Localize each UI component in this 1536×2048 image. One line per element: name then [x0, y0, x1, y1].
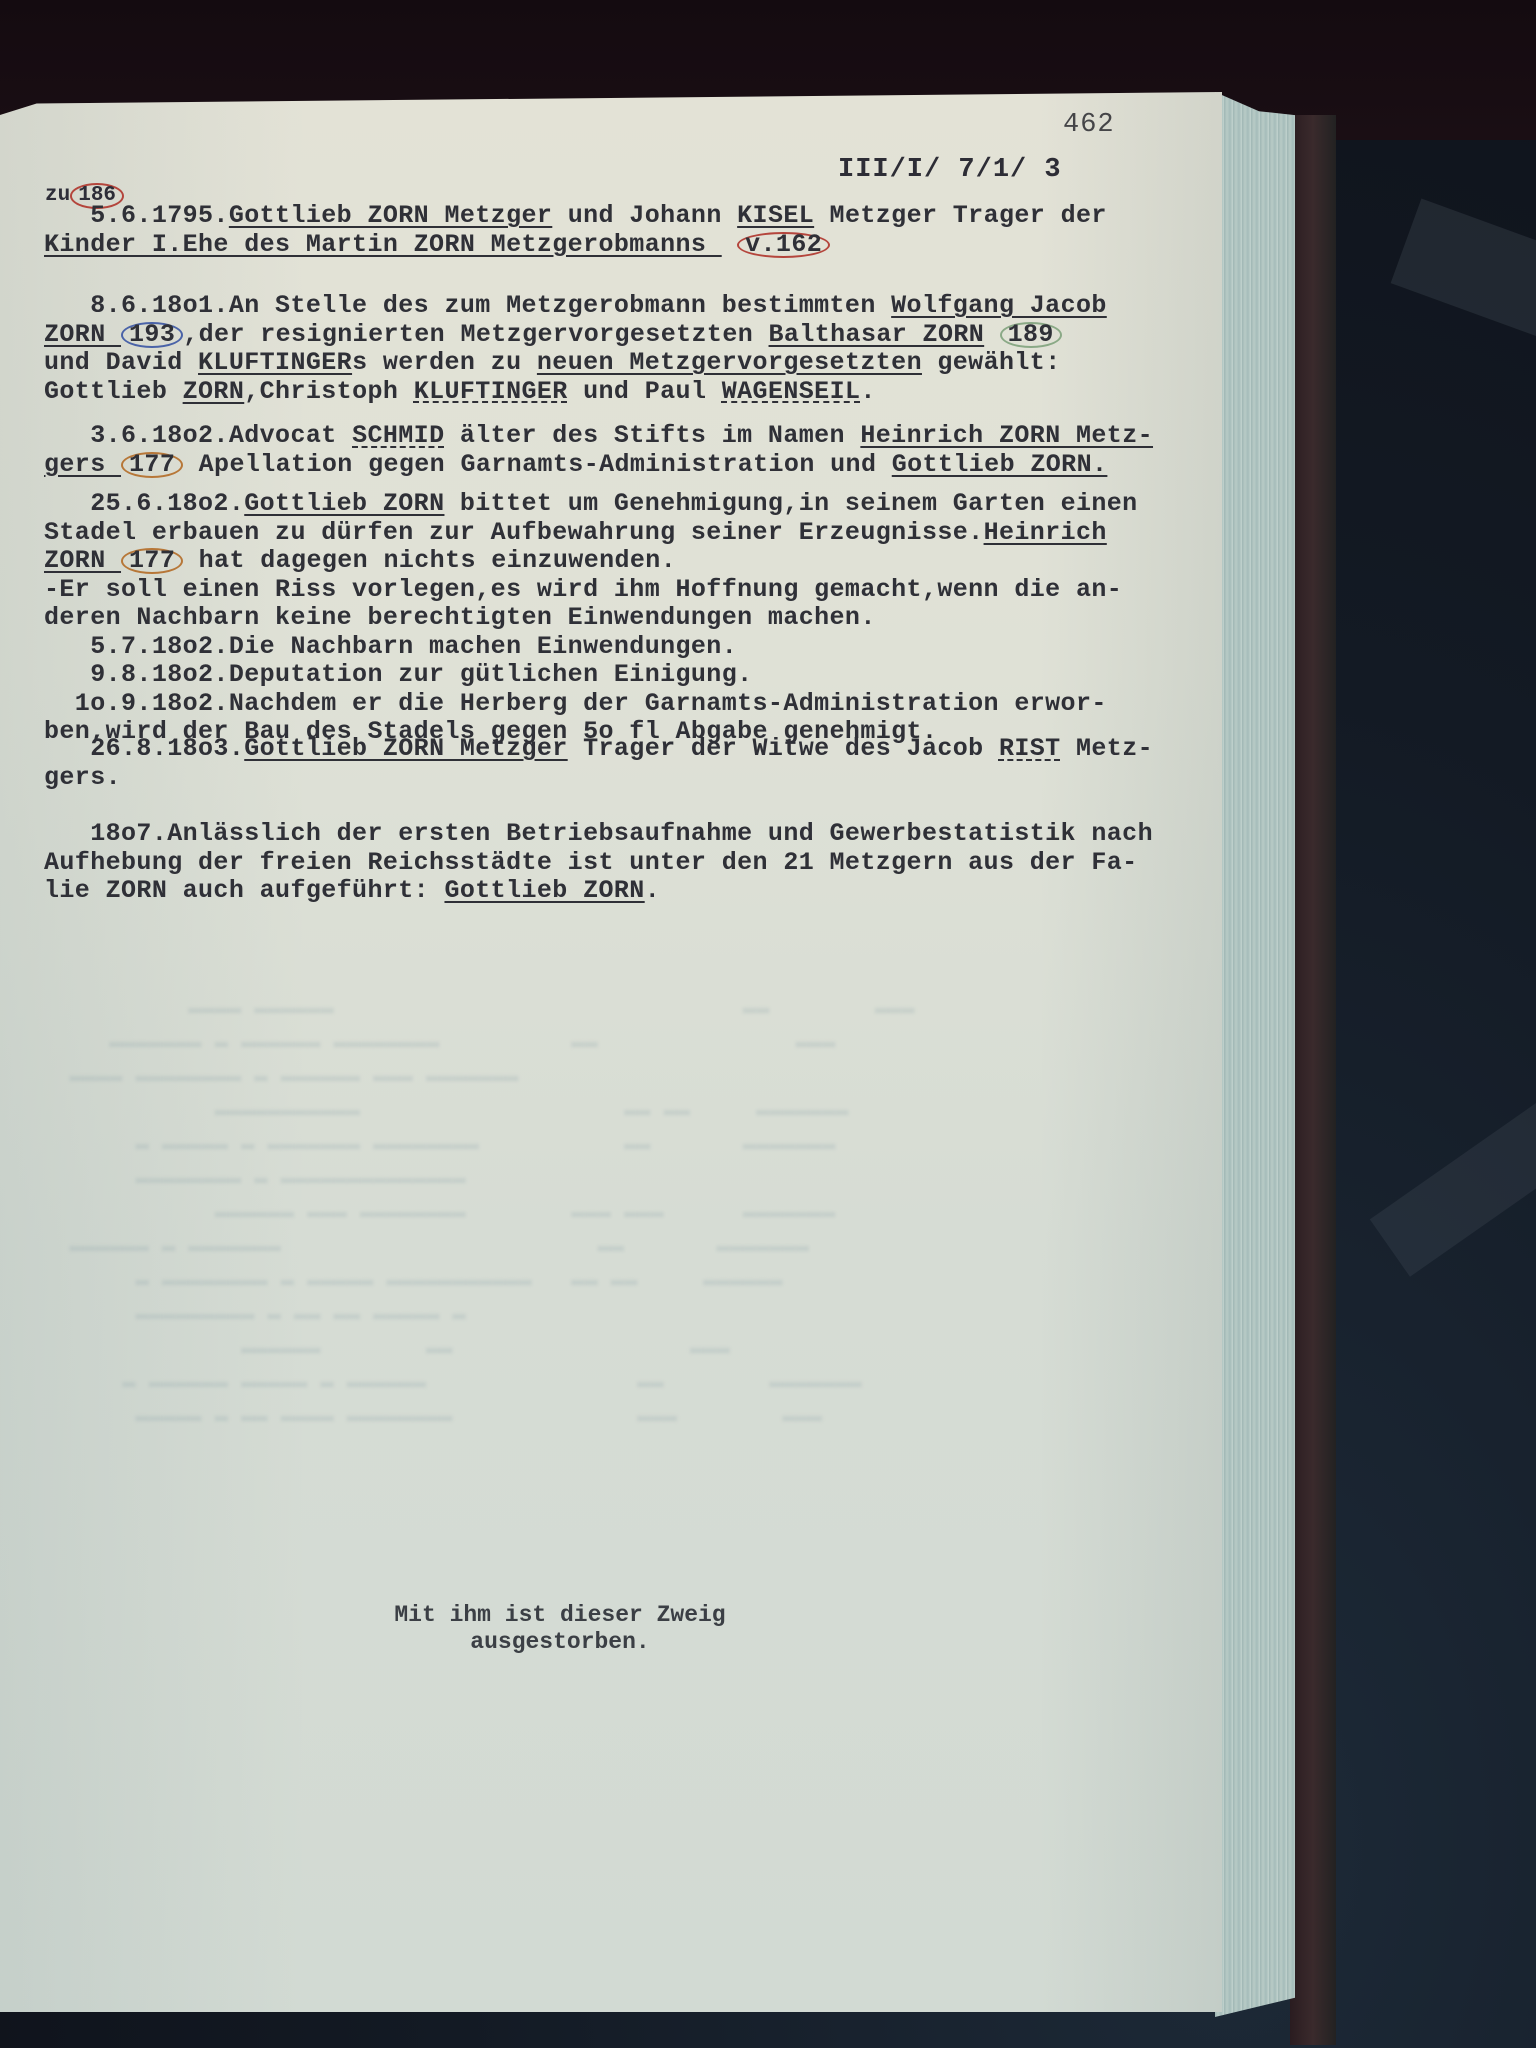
- underlined-name: Gottlieb ZORN: [244, 489, 444, 518]
- document-entry: 18o7.Anlässlich der ersten Betriebsaufna…: [44, 820, 1153, 906]
- text-line: deren Nachbarn keine berechtigten Einwen…: [44, 604, 1138, 633]
- text-segment: und Paul: [568, 377, 722, 406]
- underlined-name: ZORN: [44, 546, 121, 575]
- text-segment: gers.: [44, 763, 121, 792]
- document-entry: 8.6.18o1.An Stelle des zum Metzgerobmann…: [44, 292, 1107, 406]
- underlined-name: gers: [44, 450, 121, 479]
- circled-reference: 189: [1000, 322, 1062, 348]
- text-line: Aufhebung der freien Reichsstädte ist un…: [44, 849, 1153, 878]
- archive-signature: III/I/ 7/1/ 3: [838, 155, 1062, 185]
- text-segment: 25.6.18o2.: [44, 489, 244, 518]
- text-line: gers.: [44, 764, 1153, 793]
- text-segment: .: [645, 876, 660, 905]
- text-segment: -Er soll einen Riss vorlegen,es wird ihm…: [44, 575, 1122, 604]
- text-segment: 18o7.Anlässlich der ersten Betriebsaufna…: [44, 819, 1153, 848]
- underlined-name: Wolfgang Jacob: [891, 291, 1107, 320]
- document-entry: 5.6.1795.Gottlieb ZORN Metzger und Johan…: [44, 202, 1107, 259]
- underlined-name: ZORN: [44, 320, 121, 349]
- text-segment: deren Nachbarn keine berechtigten Einwen…: [44, 603, 876, 632]
- light-reflection: [1370, 1093, 1536, 1277]
- dash-underlined-name: SCHMID: [352, 421, 444, 450]
- light-reflection: [1391, 199, 1536, 352]
- text-segment: Gottlieb: [44, 377, 183, 406]
- underlined-name: KISEL: [737, 201, 814, 230]
- document-entry: 26.8.18o3.Gottlieb ZORN Metzger Trager d…: [44, 735, 1153, 792]
- text-segment: Trager der Witwe des Jacob: [568, 734, 999, 763]
- text-line: 3.6.18o2.Advocat SCHMID älter des Stifts…: [44, 422, 1153, 451]
- dash-underlined-name: RIST: [999, 734, 1061, 763]
- text-line: gers 177 Apellation gegen Garnamts-Admin…: [44, 451, 1153, 480]
- text-segment: gewählt:: [922, 348, 1061, 377]
- closing-remark: Mit ihm ist dieser Zweig ausgestorben.: [360, 1602, 760, 1656]
- underlined-name: Gottlieb ZORN Metzger: [229, 201, 552, 230]
- closing-line-2: ausgestorben.: [360, 1629, 760, 1656]
- circled-reference: 177: [121, 548, 183, 574]
- text-line: ZORN 193,der resignierten Metzgervorgese…: [44, 321, 1107, 350]
- underlined-name: Gottlieb ZORN: [444, 876, 644, 905]
- text-segment: 1o.9.18o2.Nachdem er die Herberg der Gar…: [44, 689, 1107, 718]
- text-segment: 26.8.18o3.: [44, 734, 244, 763]
- text-segment: ,Christoph: [244, 377, 413, 406]
- page-number: 462: [1063, 110, 1115, 140]
- text-segment: ,der resignierten Metzgervorgesetzten: [183, 320, 768, 349]
- underlined-name: Heinrich: [984, 518, 1107, 547]
- text-segment: .: [860, 377, 875, 406]
- text-line: 8.6.18o1.An Stelle des zum Metzgerobmann…: [44, 292, 1107, 321]
- text-segment: 9.8.18o2.Deputation zur gütlichen Einigu…: [44, 660, 753, 689]
- text-segment: 5.6.1795.: [44, 201, 229, 230]
- bleed-through-text: ▬▬▬▬ ▬▬▬▬▬▬ ▬▬ ▬▬▬ ▬▬▬▬▬▬▬ ▬ ▬▬▬▬▬▬ ▬▬▬▬…: [30, 992, 1190, 1412]
- text-line: 25.6.18o2.Gottlieb ZORN bittet um Genehm…: [44, 490, 1138, 519]
- underlined-name: Gottlieb ZORN Metzger: [244, 734, 567, 763]
- text-line: Stadel erbauen zu dürfen zur Aufbewahrun…: [44, 519, 1138, 548]
- circled-reference: 177: [121, 452, 183, 478]
- circled-reference: 193: [121, 322, 183, 348]
- text-segment: und Johann: [552, 201, 737, 230]
- text-segment: Stadel erbauen zu dürfen zur Aufbewahrun…: [44, 518, 984, 547]
- text-line: 5.7.18o2.Die Nachbarn machen Einwendunge…: [44, 633, 1138, 662]
- text-line: 9.8.18o2.Deputation zur gütlichen Einigu…: [44, 661, 1138, 690]
- text-line: Gottlieb ZORN,Christoph KLUFTINGER und P…: [44, 378, 1107, 407]
- text-segment: 5.7.18o2.Die Nachbarn machen Einwendunge…: [44, 632, 737, 661]
- text-line: ZORN 177 hat dagegen nichts einzuwenden.: [44, 547, 1138, 576]
- text-segment: [984, 320, 999, 349]
- text-segment: [722, 230, 737, 259]
- underlined-name: Gottlieb ZORN.: [892, 450, 1108, 479]
- text-line: 5.6.1795.Gottlieb ZORN Metzger und Johan…: [44, 202, 1107, 231]
- dash-underlined-name: KLUFTINGER: [414, 377, 568, 406]
- text-segment: bittet um Genehmigung,in seinem Garten e…: [444, 489, 1137, 518]
- text-line: und David KLUFTINGERs werden zu neuen Me…: [44, 349, 1107, 378]
- document-entry: 25.6.18o2.Gottlieb ZORN bittet um Genehm…: [44, 490, 1138, 747]
- underlined-name: Kinder I.Ehe des Martin ZORN Metzgerobma…: [44, 230, 722, 259]
- underlined-name: neuen Metzgervorgesetzten: [537, 348, 922, 377]
- underlined-name: Balthasar ZORN: [769, 320, 985, 349]
- underlined-name: KLUFTINGER: [198, 348, 352, 377]
- text-segment: und David: [44, 348, 198, 377]
- text-segment: s werden zu: [352, 348, 537, 377]
- document-entry: 3.6.18o2.Advocat SCHMID älter des Stifts…: [44, 422, 1153, 479]
- book-cover-edge: [1290, 115, 1336, 2045]
- text-segment: Metzger Trager der: [814, 201, 1107, 230]
- text-segment: Aufhebung der freien Reichsstädte ist un…: [44, 848, 1138, 877]
- underlined-name: Heinrich ZORN Metz-: [860, 421, 1153, 450]
- closing-line-1: Mit ihm ist dieser Zweig: [360, 1602, 760, 1629]
- text-line: -Er soll einen Riss vorlegen,es wird ihm…: [44, 576, 1138, 605]
- text-segment: 8.6.18o1.An Stelle des zum Metzgerobmann…: [44, 291, 891, 320]
- page-stack-edge: [1215, 92, 1295, 2017]
- text-line: Kinder I.Ehe des Martin ZORN Metzgerobma…: [44, 231, 1107, 260]
- text-line: 1o.9.18o2.Nachdem er die Herberg der Gar…: [44, 690, 1138, 719]
- text-segment: Apellation gegen Garnamts-Administration…: [183, 450, 892, 479]
- text-segment: Metz-: [1061, 734, 1153, 763]
- text-segment: 3.6.18o2.Advocat: [44, 421, 352, 450]
- text-segment: hat dagegen nichts einzuwenden.: [183, 546, 676, 575]
- text-line: 18o7.Anlässlich der ersten Betriebsaufna…: [44, 820, 1153, 849]
- text-segment: älter des Stifts im Namen: [444, 421, 860, 450]
- circled-reference: v.162: [737, 232, 830, 258]
- underlined-name: ZORN: [183, 377, 245, 406]
- text-line: 26.8.18o3.Gottlieb ZORN Metzger Trager d…: [44, 735, 1153, 764]
- dash-underlined-name: WAGENSEIL: [722, 377, 861, 406]
- text-line: lie ZORN auch aufgeführt: Gottlieb ZORN.: [44, 877, 1153, 906]
- text-segment: lie ZORN auch aufgeführt:: [44, 876, 444, 905]
